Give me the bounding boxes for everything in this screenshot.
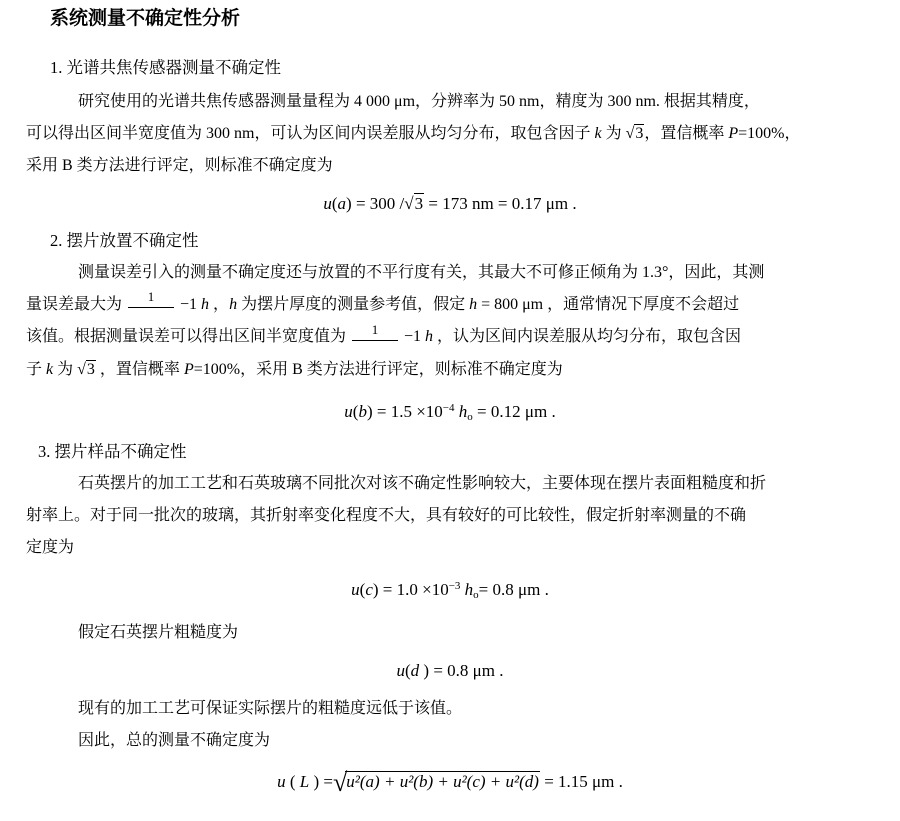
- text-segment: a: [338, 194, 347, 213]
- text-segment: 可以得出区间半宽度值为 300 nm，可认为区间内误差服从均匀分布，取包含因子: [26, 125, 594, 142]
- section-2-line-4: 子 k 为 √3 ，置信概率 P=100%，采用 B 类方法进行评定，则标准不确…: [26, 354, 874, 386]
- text-segment: ，认为区间内误差服从均匀分布，取包含因: [433, 328, 741, 345]
- section-2-heading: 2. 摆片放置不确定性: [50, 229, 874, 253]
- doc-title: 系统测量不确定性分析: [50, 6, 874, 32]
- formula-u-L: u ( L ) =√u²(a) + u²(b) + u²(c) + u²(d) …: [26, 769, 874, 796]
- text-segment: 假定石英摆片粗糙度为: [78, 624, 238, 641]
- formula-u-b: u(b) = 1.5 ×10−4 ho = 0.12 μm .: [26, 395, 874, 430]
- section-3-para-4: 因此，总的测量不确定度为: [26, 725, 874, 757]
- section-3-line-2: 射率上。对于同一批次的玻璃，其折射率变化程度不大，具有较好的可比较性，假定折射率…: [26, 500, 874, 532]
- text-segment: h: [465, 580, 474, 599]
- text-segment: 射率上。对于同一批次的玻璃，其折射率变化程度不大，具有较好的可比较性，假定折射率…: [26, 507, 746, 524]
- section-3-line-3: 定度为: [26, 532, 874, 564]
- text-segment: 为摆片厚度的测量参考值，假定: [237, 296, 469, 313]
- text-segment: ，: [209, 296, 229, 313]
- section-3-para-2: 假定石英摆片粗糙度为: [26, 617, 874, 649]
- text-segment: −4: [443, 402, 455, 414]
- text-segment: 3: [634, 124, 644, 143]
- text-segment: 定度为: [26, 539, 74, 556]
- text-segment: = 0.12 μm .: [473, 402, 556, 421]
- text-segment: (: [286, 772, 300, 791]
- text-segment: −3: [449, 580, 461, 592]
- text-segment: 3: [86, 360, 96, 379]
- formula-u-d: u(d ) = 0.8 μm .: [26, 658, 874, 684]
- section-2-line-3: 该值。根据测量误差可以得出区间半宽度值为1−1 h ，认为区间内误差服从均匀分布…: [26, 321, 874, 353]
- text-segment: h: [201, 296, 209, 313]
- text-segment: c: [365, 580, 373, 599]
- text-segment: u: [351, 580, 360, 599]
- text-segment: 3: [414, 193, 425, 214]
- text-segment: √: [626, 125, 635, 142]
- text-segment: ) = 0.8 μm .: [419, 661, 503, 680]
- text-segment: h: [425, 328, 433, 345]
- inline-fraction: 1: [128, 289, 174, 321]
- text-segment: u: [396, 661, 405, 680]
- text-segment: 研究使用的光谱共焦传感器测量量程为 4 000 μm，分辨率为 50 nm，精度…: [78, 93, 760, 110]
- text-segment: 为: [602, 125, 626, 142]
- text-segment: = 0.8 μm .: [479, 580, 549, 599]
- text-segment: = 800 μm ，通常情况下厚度不会超过: [477, 296, 739, 313]
- text-segment: = 1.15 μm .: [540, 772, 623, 791]
- text-segment: P: [728, 125, 738, 142]
- text-segment: 现有的加工工艺可保证实际摆片的粗糙度远低于该值。: [78, 700, 462, 717]
- text-segment: 因此，总的测量不确定度为: [78, 732, 270, 749]
- text-segment: u: [344, 402, 353, 421]
- section-1-line-2: 可以得出区间半宽度值为 300 nm，可认为区间内误差服从均匀分布，取包含因子 …: [26, 118, 874, 150]
- section-1-line-3: 采用 B 类方法进行评定，则标准不确定度为: [26, 150, 874, 182]
- inline-fraction: 1: [352, 322, 398, 354]
- text-segment: 该值。根据测量误差可以得出区间半宽度值为: [26, 328, 346, 345]
- text-segment: ) = 300 /: [346, 194, 404, 213]
- text-segment: k: [594, 125, 601, 142]
- document-page: 系统测量不确定性分析 1. 光谱共焦传感器测量不确定性 研究使用的光谱共焦传感器…: [0, 0, 900, 796]
- text-segment: d: [411, 661, 420, 680]
- text-segment: 石英摆片的加工工艺和石英玻璃不同批次对该不确定性影响较大，主要体现在摆片表面粗糙…: [78, 475, 766, 492]
- text-segment: L: [300, 772, 309, 791]
- text-segment: ) = 1.5 ×10: [367, 402, 443, 421]
- text-segment: 采用 B 类方法进行评定，则标准不确定度为: [26, 157, 333, 174]
- text-segment: = 173 nm = 0.17 μm .: [424, 194, 577, 213]
- text-segment: b: [358, 402, 367, 421]
- text-segment: u²(a) + u²(b) + u²(c) + u²(d): [345, 771, 540, 792]
- text-segment: ，置信概率: [96, 361, 184, 378]
- text-segment: ) = 1.0 ×10: [373, 580, 449, 599]
- formula-u-a: u(a) = 300 /√3 = 173 nm = 0.17 μm .: [26, 191, 874, 217]
- text-segment: √: [333, 768, 345, 797]
- text-segment: √: [404, 194, 413, 213]
- text-segment: 子: [26, 361, 46, 378]
- text-segment: ) =: [309, 772, 333, 791]
- text-segment: 为: [53, 361, 77, 378]
- text-segment: h: [469, 296, 477, 313]
- text-segment: √: [77, 361, 86, 378]
- section-3-para-3: 现有的加工工艺可保证实际摆片的粗糙度远低于该值。: [26, 693, 874, 725]
- text-segment: h: [459, 402, 468, 421]
- text-segment: −1: [404, 328, 425, 345]
- text-segment: ，置信概率: [644, 125, 728, 142]
- text-segment: u: [277, 772, 286, 791]
- section-1-line-1: 研究使用的光谱共焦传感器测量量程为 4 000 μm，分辨率为 50 nm，精度…: [26, 86, 874, 118]
- section-3-heading: 3. 摆片样品不确定性: [38, 440, 874, 464]
- text-segment: u: [323, 194, 332, 213]
- section-2-line-1: 测量误差引入的测量不确定度还与放置的不平行度有关，其最大不可修正倾角为 1.3°…: [26, 257, 874, 289]
- section-3-line-1: 石英摆片的加工工艺和石英玻璃不同批次对该不确定性影响较大，主要体现在摆片表面粗糙…: [26, 468, 874, 500]
- formula-u-c: u(c) = 1.0 ×10−3 ho= 0.8 μm .: [26, 573, 874, 608]
- text-segment: 测量误差引入的测量不确定度还与放置的不平行度有关，其最大不可修正倾角为 1.3°…: [78, 264, 764, 281]
- section-2-line-2: 量误差最大为1−1 h ，h 为摆片厚度的测量参考值，假定 h = 800 μm…: [26, 289, 874, 321]
- section-1-heading: 1. 光谱共焦传感器测量不确定性: [50, 56, 874, 80]
- text-segment: P: [184, 361, 194, 378]
- text-segment: 量误差最大为: [26, 296, 122, 313]
- text-segment: h: [229, 296, 237, 313]
- text-segment: =100%，: [738, 125, 800, 142]
- text-segment: −1: [180, 296, 201, 313]
- text-segment: =100%，采用 B 类方法进行评定，则标准不确定度为: [194, 361, 563, 378]
